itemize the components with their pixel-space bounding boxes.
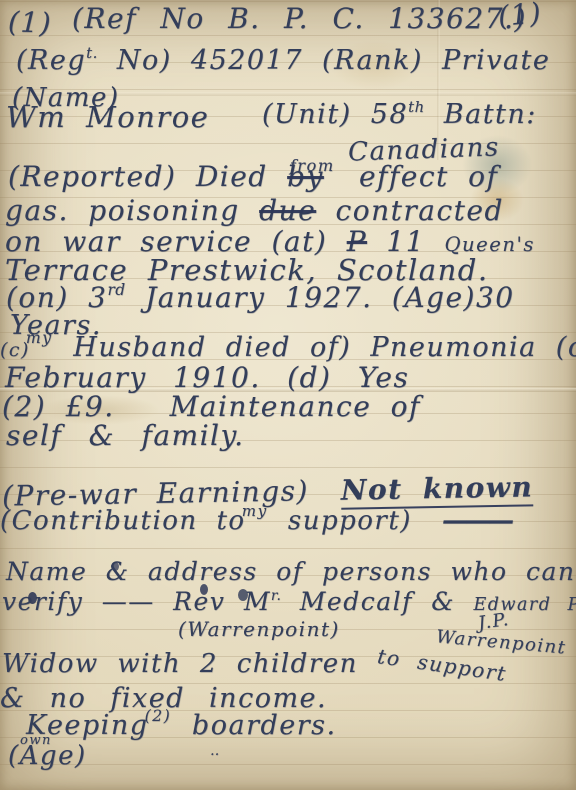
- verify-line-1: Name & address of persons who can: [6, 558, 575, 586]
- handwritten-text: Not known: [341, 470, 534, 509]
- handwritten-text: Battn:: [425, 99, 537, 130]
- handwritten-text: t.: [86, 44, 98, 62]
- husband-line-1: (c)my Husband died of) Pneumonia (on): [0, 333, 576, 363]
- keeping-line: Keeping(2) boarders.: [26, 711, 337, 741]
- handwritten-text: self & family.: [6, 419, 245, 452]
- name-value: Wm Monroe: [6, 102, 209, 134]
- handwritten-text: (Contribution to: [0, 506, 246, 536]
- handwritten-text: Medcalf &: [281, 587, 473, 616]
- handwritten-text: Widow with 2 children: [2, 649, 377, 679]
- handwritten-text: Name & address of persons who can: [6, 557, 575, 586]
- handwritten-text: (1): [7, 5, 52, 40]
- unit-value: (Unit) 58th Battn:: [262, 100, 537, 130]
- age-label: (Age): [8, 742, 87, 771]
- regt-no-rank: (Regt. No) 452017 (Rank) Private: [16, 46, 550, 76]
- document-page: (1)(Ref No B. P. C. 133627.)(1)(Regt. No…: [0, 0, 576, 790]
- ref-number: (Ref No B. P. C. 133627.): [72, 4, 527, 35]
- handwritten-text: Husband died of) Pneumonia (on): [54, 332, 576, 363]
- handwritten-text: Keeping: [26, 710, 149, 741]
- handwritten-text: (Unit) 58: [262, 99, 408, 130]
- page-number-right: (1): [497, 0, 544, 33]
- handwritten-text: No) 452017 (Rank) Private: [98, 45, 551, 76]
- handwritten-text: my: [26, 328, 53, 347]
- handwritten-text: rd: [107, 281, 125, 299]
- contribution-line: (Contribution tomy support)———: [0, 507, 511, 536]
- handwritten-text: gas. poisoning: [5, 194, 259, 227]
- handwritten-text: to support: [376, 645, 508, 685]
- handwritten-text: my: [242, 502, 268, 520]
- handwritten-text: (2): [145, 706, 172, 725]
- handwritten-text: from: [290, 156, 335, 175]
- amount-line-2: self & family.: [6, 421, 245, 452]
- handwritten-text: due: [259, 194, 316, 227]
- handwritten-text: boarders.: [173, 710, 337, 741]
- handwritten-text: (Ref No B. P. C. 133627.): [72, 2, 527, 35]
- page-number-left: (1): [7, 7, 52, 39]
- handwritten-text: (Age): [8, 741, 87, 771]
- ditto-marks: ‥: [210, 744, 221, 759]
- handwritten-text: (Reported) Died: [8, 160, 287, 193]
- handwritten-text: r.: [271, 588, 281, 604]
- handwritten-text: January 1927. (Age)30: [126, 281, 515, 314]
- handwritten-text: contracted: [316, 194, 504, 227]
- handwritten-text: support): [269, 506, 412, 536]
- handwriting-layer: (1)(Ref No B. P. C. 133627.)(1)(Regt. No…: [0, 0, 576, 790]
- handwritten-text: (Reg: [16, 45, 86, 76]
- handwritten-text: (Warrenpoint): [178, 617, 340, 641]
- warrenpoint-left: (Warrenpoint): [178, 618, 340, 640]
- handwritten-text: (1): [497, 0, 544, 33]
- reported-line-2: gas. poisoning due contracted: [5, 196, 504, 227]
- handwritten-text: effect of: [340, 160, 499, 193]
- handwritten-text: Wm Monroe: [6, 100, 209, 134]
- handwritten-text: verify —— Rev M: [2, 587, 271, 616]
- handwritten-text: ‥: [210, 743, 221, 759]
- widow-line: Widow with 2 children to support: [2, 650, 507, 679]
- handwritten-text: th: [408, 98, 425, 116]
- handwritten-text: ———: [442, 506, 511, 536]
- reported-line-1: (Reported) Died byfrom effect of: [8, 162, 498, 193]
